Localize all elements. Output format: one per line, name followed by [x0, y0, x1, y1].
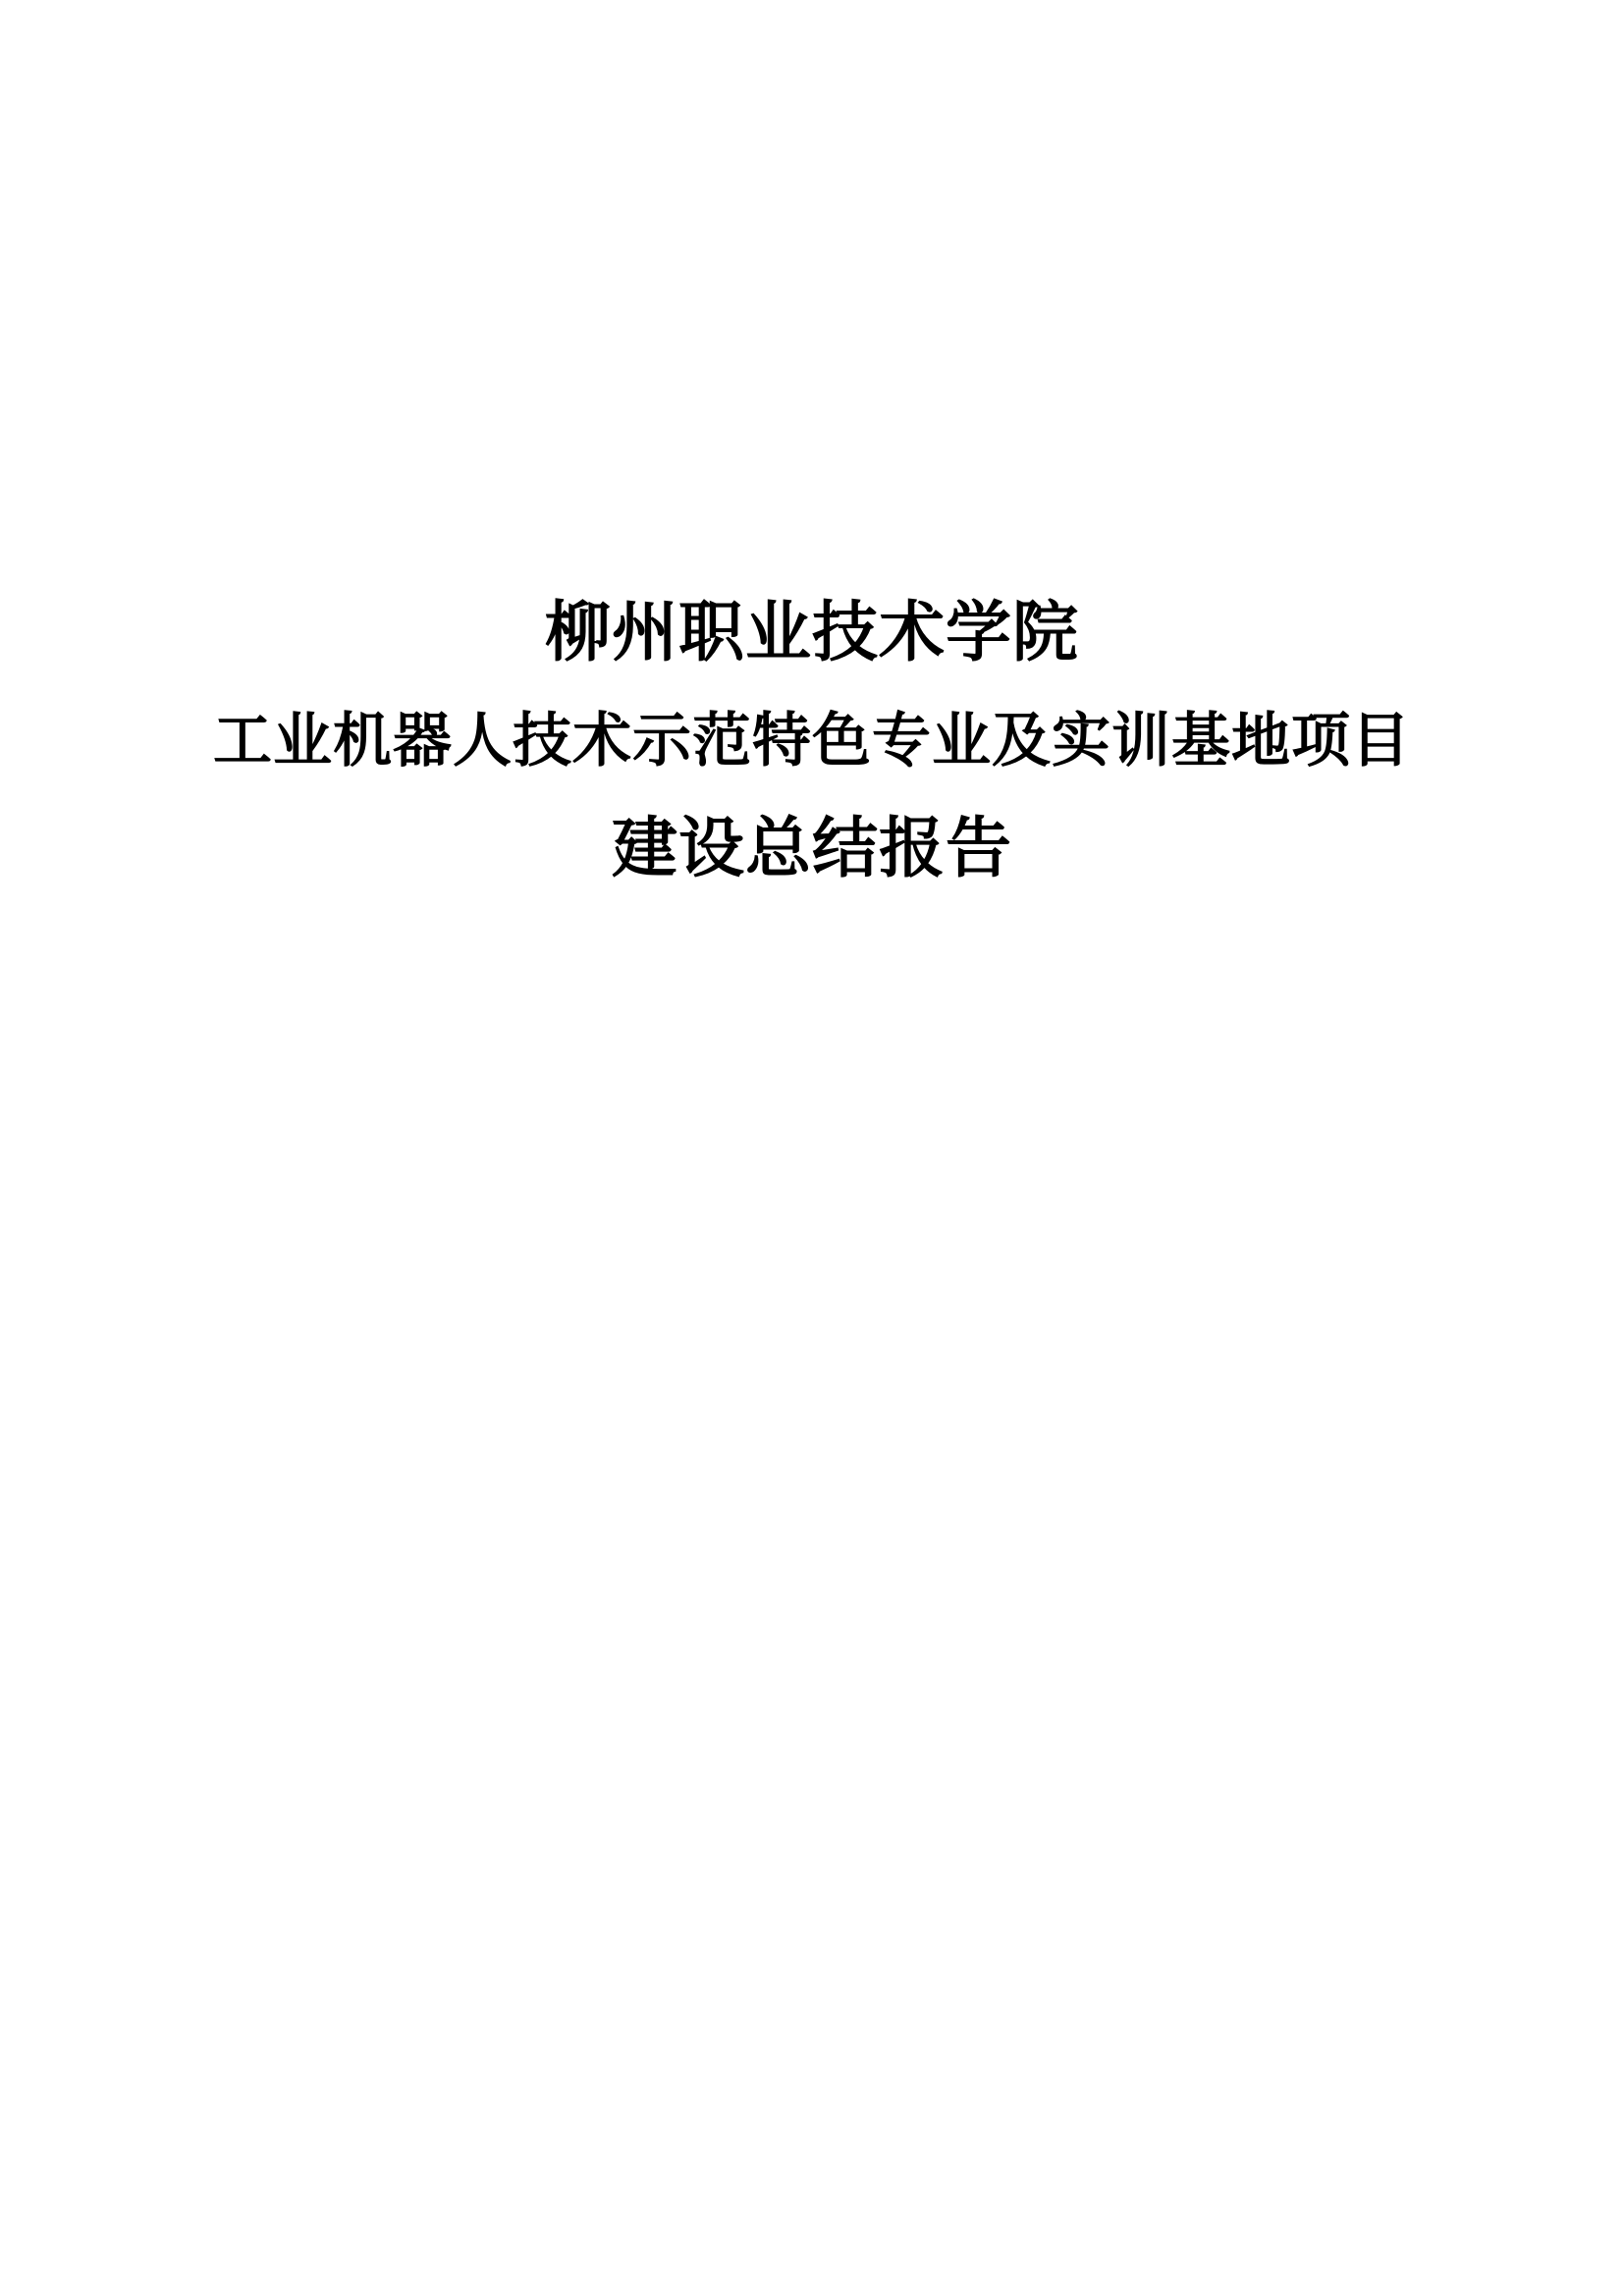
document-page: 柳州职业技术学院 工业机器人技术示范特色专业及实训基地项目 建设总结报告 — [0, 0, 1624, 2296]
cover-title-line-2: 工业机器人技术示范特色专业及实训基地项目 — [0, 687, 1624, 795]
cover-title-block: 柳州职业技术学院 工业机器人技术示范特色专业及实训基地项目 建设总结报告 — [0, 579, 1624, 903]
cover-title-line-1: 柳州职业技术学院 — [0, 579, 1624, 687]
cover-title-line-3: 建设总结报告 — [0, 795, 1624, 903]
